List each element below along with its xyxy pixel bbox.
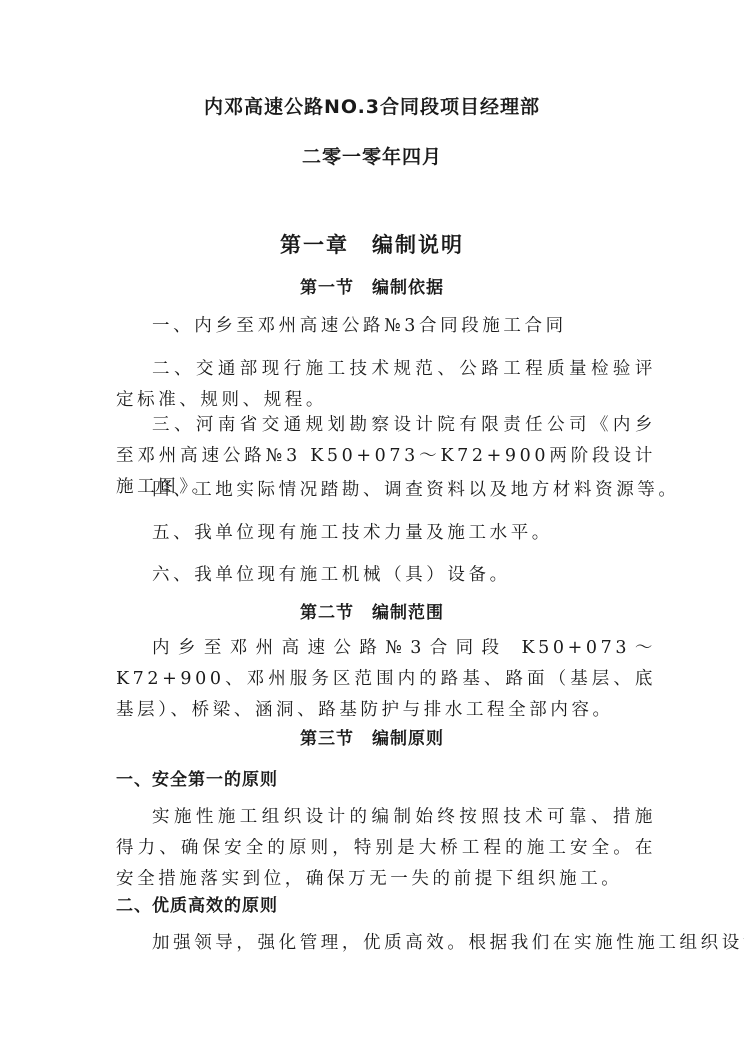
scope-paragraph: 内乡至邓州高速公路№3合同段 K50+073～K72+900、邓州服务区范围内的… xyxy=(116,633,656,726)
chapter-title: 第一章 编制说明 xyxy=(0,229,744,259)
organization-title: 内邓高速公路NO.3合同段项目经理部 xyxy=(0,92,744,119)
principle-heading-2: 二、优质高效的原则 xyxy=(116,891,656,916)
principle-text-2: 加强领导，强化管理，优质高效。根据我们在实施性施工组织设计 xyxy=(116,928,656,959)
basis-item-4: 四、工地实际情况踏勘、调查资料以及地方材料资源等。 xyxy=(116,475,656,506)
section-title-3: 第三节 编制原则 xyxy=(0,724,744,749)
document-date: 二零一零年四月 xyxy=(0,142,744,169)
section-title-2: 第二节 编制范围 xyxy=(0,598,744,623)
principle-heading-1: 一、安全第一的原则 xyxy=(116,765,656,790)
basis-item-5: 五、我单位现有施工技术力量及施工水平。 xyxy=(116,518,656,549)
basis-item-2: 二、交通部现行施工技术规范、公路工程质量检验评定标准、规则、规程。 xyxy=(116,354,656,416)
section-title-1: 第一节 编制依据 xyxy=(0,273,744,298)
document-page: 内邓高速公路NO.3合同段项目经理部 二零一零年四月 第一章 编制说明 第一节 … xyxy=(0,0,744,1052)
principle-text-1: 实施性施工组织设计的编制始终按照技术可靠、措施得力、确保安全的原则，特别是大桥工… xyxy=(116,802,656,895)
basis-item-6: 六、我单位现有施工机械（具）设备。 xyxy=(116,560,656,591)
basis-item-1: 一、内乡至邓州高速公路№3合同段施工合同 xyxy=(116,311,656,342)
